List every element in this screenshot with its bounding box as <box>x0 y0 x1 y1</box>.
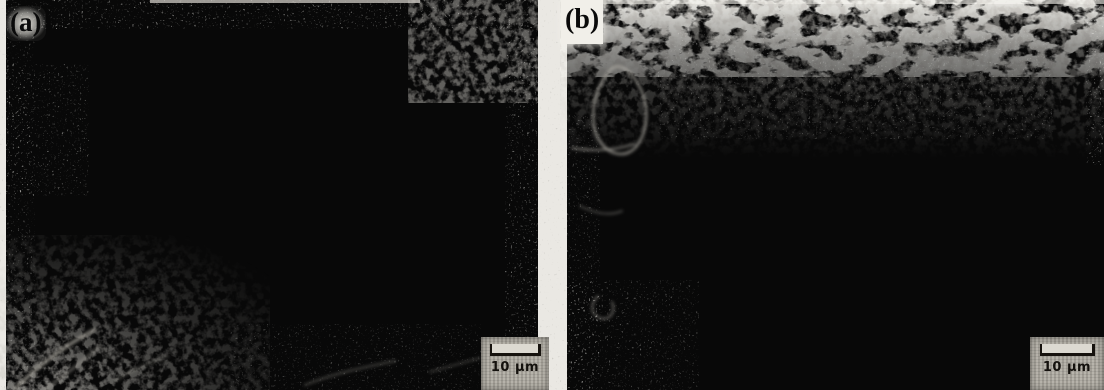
panel-b-label: (b) <box>561 0 603 44</box>
scale-bar-b-bar <box>1040 344 1095 356</box>
scale-bar-a: 10 μm <box>481 337 549 390</box>
panel-b: (b) 10 μm <box>567 0 1104 390</box>
panel-a-label: (a) <box>5 6 46 41</box>
panel-divider <box>538 0 567 390</box>
micrograph-figure: (a) 10 μm (b) 10 μm <box>0 0 1104 390</box>
scale-bar-b: 10 μm <box>1030 337 1104 390</box>
scale-bar-b-label: 10 μm <box>1043 360 1091 375</box>
panel-a: (a) 10 μm <box>6 0 538 390</box>
scale-bar-a-label: 10 μm <box>491 360 539 375</box>
scale-bar-a-bar <box>490 344 541 356</box>
